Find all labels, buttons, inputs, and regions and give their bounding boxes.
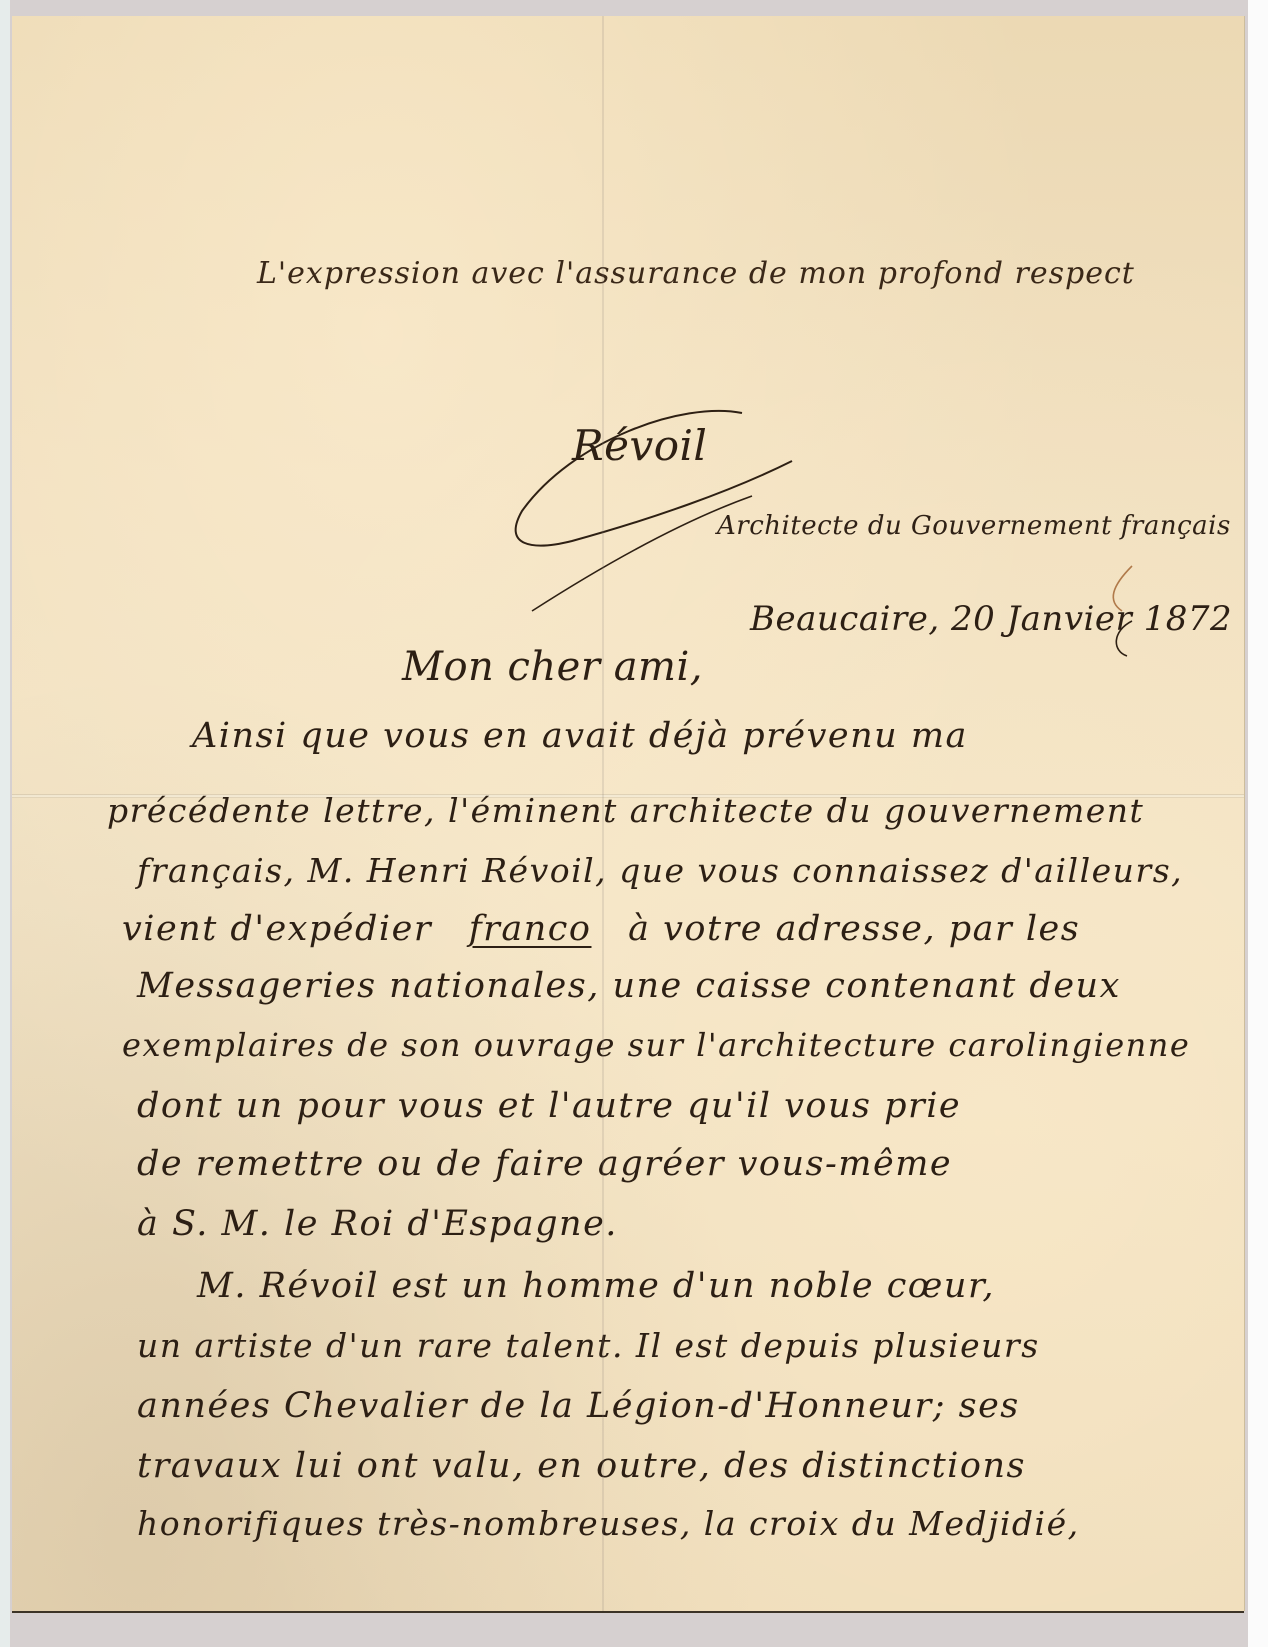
scan-right-edge: [1248, 0, 1268, 1647]
body-line-2: précédente lettre, l'éminent architecte …: [107, 791, 1144, 830]
place-and-date: Beaucaire, 20 Janvier 1872: [750, 599, 1232, 639]
letter-page: L'expression avec l'assurance de mon pro…: [12, 16, 1244, 1611]
body-line-4-end: à votre adresse, par les: [628, 909, 1080, 949]
body-line-12: années Chevalier de la Légion-d'Honneur;…: [137, 1386, 1020, 1426]
body-line-13: travaux lui ont valu, en outre, des dist…: [137, 1446, 1026, 1486]
body-line-14: honorifiques très-nombreuses, la croix d…: [137, 1504, 1080, 1543]
body-line-4: vient d'expédier franco à votre adresse,…: [122, 909, 1080, 949]
body-line-10: M. Révoil est un homme d'un noble cœur,: [197, 1266, 995, 1306]
underlined-word-franco: franco: [469, 909, 592, 949]
closing-line: L'expression avec l'assurance de mon pro…: [257, 256, 1135, 291]
body-line-9: à S. M. le Roi d'Espagne.: [137, 1204, 618, 1244]
salutation: Mon cher ami,: [402, 644, 703, 690]
body-line-11: un artiste d'un rare talent. Il est depu…: [137, 1326, 1040, 1365]
body-line-8: de remettre ou de faire agréer vous-même: [137, 1144, 952, 1184]
body-line-1: Ainsi que vous en avait déjà prévenu ma: [192, 716, 968, 756]
date-bracket-icon: [1102, 561, 1142, 661]
body-line-7: dont un pour vous et l'autre qu'il vous …: [137, 1086, 961, 1126]
signature: Révoil: [572, 421, 707, 470]
body-line-6: exemplaires de son ouvrage sur l'archite…: [122, 1026, 1190, 1064]
signature-title: Architecte du Gouvernement français: [717, 511, 1231, 541]
body-line-5: Messageries nationales, une caisse conte…: [137, 966, 1121, 1006]
scan-left-edge: [0, 0, 10, 1647]
body-line-4-start: vient d'expédier: [122, 909, 432, 949]
body-line-3: français, M. Henri Révoil, que vous conn…: [137, 851, 1183, 890]
